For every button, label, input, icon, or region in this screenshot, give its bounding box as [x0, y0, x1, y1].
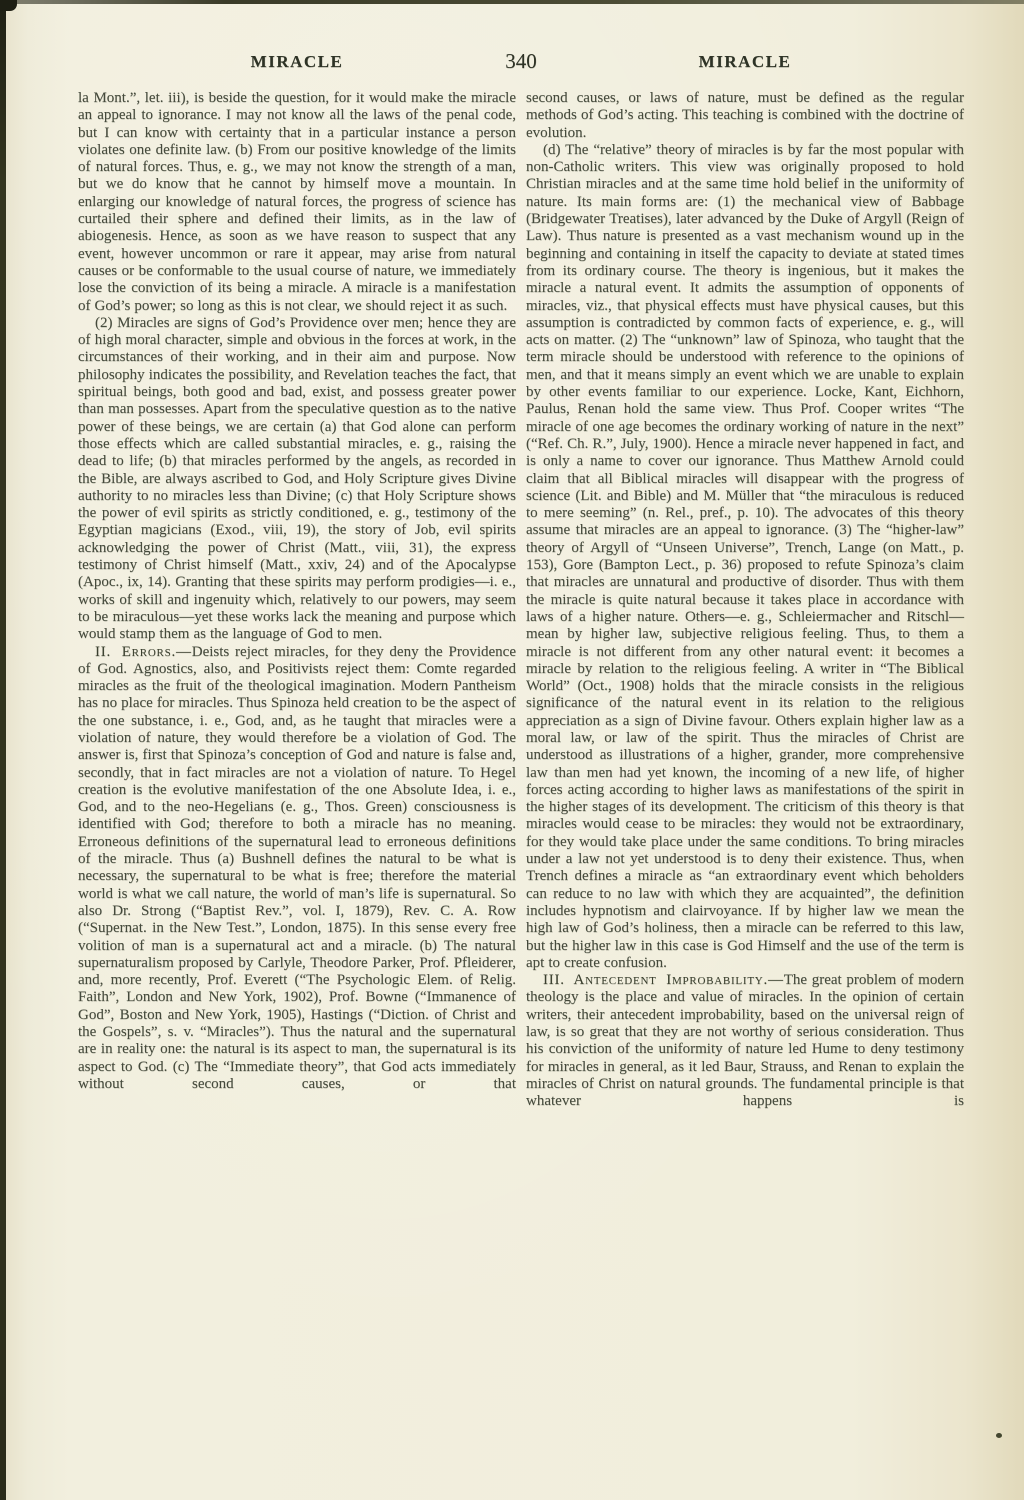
- paragraph-text: (2) Miracles are signs of God’s Providen…: [78, 315, 516, 642]
- paragraph-continuation: la Mont.”, let. iii), is beside the ques…: [78, 90, 516, 315]
- page-edge-corner: [0, 0, 17, 11]
- page-edge-top: [0, 0, 1024, 4]
- running-head: MIRACLE 340 MIRACLE: [0, 52, 1024, 78]
- section-heading-antecedent-improbability: III. Antecedent Improbability.—: [543, 972, 784, 988]
- paragraph: (2) Miracles are signs of God’s Providen…: [78, 315, 516, 644]
- book-page-scan: MIRACLE 340 MIRACLE la Mont.”, let. iii)…: [0, 0, 1024, 1500]
- text-columns: la Mont.”, let. iii), is beside the ques…: [78, 90, 964, 1111]
- paragraph-text: The great problem of modern theology is …: [526, 972, 964, 1109]
- scan-speck: [996, 1433, 1002, 1438]
- paragraph-text: Deists reject miracles, for they deny th…: [78, 644, 516, 1092]
- section-heading-errors: II. Errors.—: [95, 644, 192, 660]
- paragraph-text: la Mont.”, let. iii), is beside the ques…: [78, 90, 516, 314]
- page-edge-left: [0, 0, 6, 1500]
- paragraph-section-errors: II. Errors.—Deists reject miracles, for …: [78, 644, 516, 1094]
- paragraph-text: (d) The “relative” theory of miracles is…: [526, 142, 964, 971]
- column-left: la Mont.”, let. iii), is beside the ques…: [78, 90, 516, 1111]
- paragraph-text: second causes, or laws of nature, must b…: [526, 90, 964, 141]
- paragraph-section-antecedent-improbability: III. Antecedent Improbability.—The great…: [526, 972, 964, 1110]
- paragraph-continuation: second causes, or laws of nature, must b…: [526, 90, 964, 142]
- column-right: second causes, or laws of nature, must b…: [526, 90, 964, 1111]
- paragraph: (d) The “relative” theory of miracles is…: [526, 142, 964, 972]
- running-title-right: MIRACLE: [526, 52, 964, 72]
